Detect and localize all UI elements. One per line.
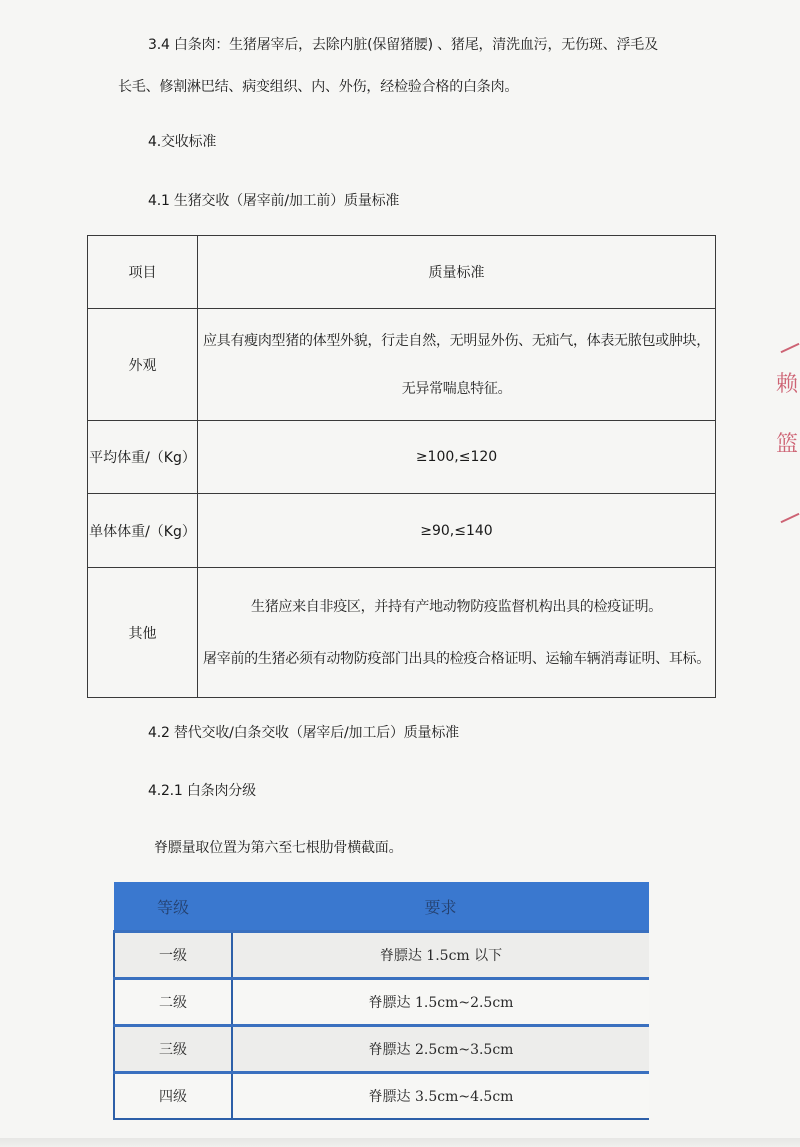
page-edge	[0, 1138, 800, 1147]
table-row-grade-2: 二级 脊膘达 1.5cm~2.5cm	[114, 979, 649, 1026]
heading-4-2: 4.2 替代交收/白条交收（屠宰后/加工后）质量标准	[148, 724, 459, 742]
table-row-average-weight: 平均体重/（Kg） ≥100,≤120	[88, 421, 716, 494]
table-row-grade-4: 四级 脊膘达 3.5cm~4.5cm	[114, 1073, 649, 1120]
table-row-grade-3: 三级 脊膘达 2.5cm~3.5cm	[114, 1026, 649, 1073]
grade-cell: 四级	[114, 1073, 232, 1120]
table-header-row: 等级 要求	[114, 882, 649, 932]
requirement-cell: 脊膘达 1.5cm 以下	[232, 932, 649, 979]
table-header-row: 项目 质量标准	[88, 236, 716, 309]
stamp-char: 赖	[776, 355, 800, 415]
standard-line: 应具有瘦肉型猪的体型外貌，行走自然，无明显外伤、无疝气，体表无脓包或肿块，	[198, 332, 715, 350]
header-item: 项目	[88, 236, 198, 309]
stamp-char: 篮	[776, 415, 800, 475]
live-pig-quality-table: 项目 质量标准 外观 应具有瘦肉型猪的体型外貌，行走自然，无明显外伤、无疝气，体…	[87, 235, 716, 698]
row-item: 单体体重/（Kg）	[88, 494, 198, 568]
standard-line: 无异常喘息特征。	[198, 380, 715, 398]
table-row-single-weight: 单体体重/（Kg） ≥90,≤140	[88, 494, 716, 568]
stamp-arc	[781, 343, 800, 353]
grade-cell: 一级	[114, 932, 232, 979]
table-row-other: 其他 生猪应来自非疫区，并持有产地动物防疫监督机构出具的检疫证明。 屠宰前的生猪…	[88, 568, 716, 698]
row-standard: ≥90,≤140	[198, 494, 716, 568]
row-standard: 应具有瘦肉型猪的体型外貌，行走自然，无明显外伤、无疝气，体表无脓包或肿块， 无异…	[198, 309, 716, 421]
grade-cell: 二级	[114, 979, 232, 1026]
grade-cell: 三级	[114, 1026, 232, 1073]
header-grade: 等级	[114, 882, 232, 932]
row-standard: ≥100,≤120	[198, 421, 716, 494]
section-3-4-line-1: 3.4 白条肉：生猪屠宰后，去除内脏(保留猪腰) 、猪尾，清洗血污，无伤斑、浮毛…	[148, 36, 658, 54]
row-item: 其他	[88, 568, 198, 698]
red-seal-stamp-fragment: 赖 篮	[776, 345, 800, 525]
heading-4-1: 4.1 生猪交收（屠宰前/加工前）质量标准	[148, 192, 399, 210]
header-requirement: 要求	[232, 882, 649, 932]
standard-line: 生猪应来自非疫区，并持有产地动物防疫监督机构出具的检疫证明。	[198, 598, 715, 616]
requirement-cell: 脊膘达 2.5cm~3.5cm	[232, 1026, 649, 1073]
carcass-grading-table: 等级 要求 一级 脊膘达 1.5cm 以下 二级 脊膘达 1.5cm~2.5cm…	[113, 882, 649, 1120]
standard-line: 屠宰前的生猪必须有动物防疫部门出具的检疫合格证明、运输车辆消毒证明、耳标。	[198, 650, 715, 668]
header-standard: 质量标准	[198, 236, 716, 309]
stamp-arc	[781, 513, 800, 523]
section-3-4-line-2: 长毛、修割淋巴结、病变组织、内、外伤，经检验合格的白条肉。	[118, 78, 518, 96]
requirement-cell: 脊膘达 3.5cm~4.5cm	[232, 1073, 649, 1120]
table-row-appearance: 外观 应具有瘦肉型猪的体型外貌，行走自然，无明显外伤、无疝气，体表无脓包或肿块，…	[88, 309, 716, 421]
requirement-cell: 脊膘达 1.5cm~2.5cm	[232, 979, 649, 1026]
heading-4: 4.交收标准	[148, 133, 216, 151]
row-standard: 生猪应来自非疫区，并持有产地动物防疫监督机构出具的检疫证明。 屠宰前的生猪必须有…	[198, 568, 716, 698]
fat-measure-note: 脊膘量取位置为第六至七根肋骨横截面。	[154, 839, 402, 857]
spacer	[198, 616, 715, 650]
table-row-grade-1: 一级 脊膘达 1.5cm 以下	[114, 932, 649, 979]
spacer	[198, 350, 715, 380]
row-item: 平均体重/（Kg）	[88, 421, 198, 494]
row-item: 外观	[88, 309, 198, 421]
heading-4-2-1: 4.2.1 白条肉分级	[148, 782, 256, 800]
